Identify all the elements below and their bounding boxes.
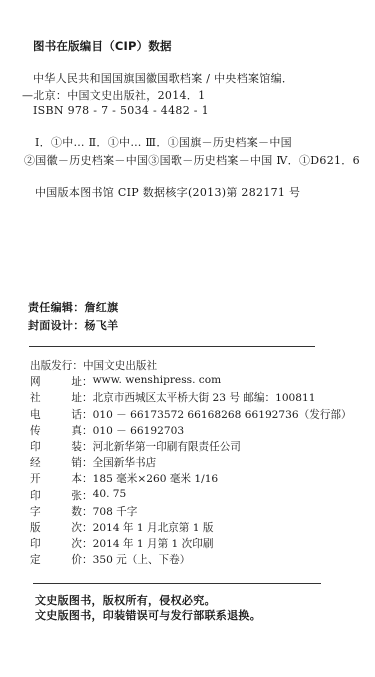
publication-row-label: 经销	[30, 455, 82, 470]
publication-row: 出版发行：中国文史出版社	[30, 358, 157, 373]
credit-cover-value: 杨飞羊	[85, 319, 119, 332]
label-colon: ：	[82, 488, 93, 503]
publication-row-value: www. wenshipress. com	[93, 374, 222, 389]
publication-row: 印次：2014 年 1 月第 1 次印刷	[30, 536, 213, 551]
publication-row-label: 印次	[30, 536, 82, 551]
publication-row-label: 社址	[30, 390, 82, 405]
label-colon: ：	[82, 374, 93, 389]
publication-row-label: 定价	[30, 552, 82, 567]
credit-editor-label: 责任编辑：	[28, 301, 85, 314]
label-char: 销	[71, 455, 82, 470]
label-char: 真	[71, 423, 82, 438]
cip-isbn-line: ISBN 978 - 7 - 5034 - 4482 - 1	[33, 104, 209, 117]
label-colon: ：	[82, 504, 93, 519]
credit-editor-value: 詹红旗	[85, 301, 119, 314]
publication-row-value: 708 千字	[93, 504, 138, 519]
publication-row-value: 350 元（上、下卷）	[93, 552, 191, 567]
copyright-notice: 文史版图书，版权所有，侵权必究。	[35, 592, 216, 608]
publication-row-value: 40. 75	[93, 488, 127, 503]
divider-top	[29, 346, 315, 347]
label-colon: ：	[72, 358, 83, 373]
label-colon: ：	[82, 552, 93, 567]
publication-row: 开本：185 毫米×260 毫米 1/16	[30, 471, 218, 486]
cip-subject-line-1: Ⅰ．①中… Ⅱ．①中… Ⅲ．①国旗－历史档案－中国	[35, 134, 292, 150]
publication-row-label: 印张	[30, 488, 82, 503]
label-colon: ：	[82, 407, 93, 422]
publication-row-label: 出版发行	[30, 358, 72, 373]
publication-row-label: 电话	[30, 407, 82, 422]
publication-row: 经销：全国新华书店	[30, 455, 156, 470]
label-char: 电	[30, 407, 41, 422]
label-text: 出版发行	[30, 360, 72, 372]
publication-row-label: 网址	[30, 374, 82, 389]
publication-row-value: 010 － 66192703	[93, 423, 184, 438]
credit-cover-label: 封面设计：	[28, 319, 85, 332]
label-char: 印	[30, 536, 41, 551]
label-char: 传	[30, 423, 41, 438]
label-char: 次	[71, 536, 82, 551]
label-char: 网	[30, 374, 41, 389]
cip-core-line: 中国版本图书馆 CIP 数据核字(2013)第 282171 号	[35, 184, 300, 200]
label-colon: ：	[82, 536, 93, 551]
publication-row-label: 开本	[30, 471, 82, 486]
credit-editor: 责任编辑：詹红旗	[28, 299, 118, 315]
publication-row-label: 版次	[30, 520, 82, 535]
publication-row-value: 2014 年 1 月第 1 次印刷	[93, 536, 214, 551]
label-char: 经	[30, 455, 41, 470]
label-char: 社	[30, 390, 41, 405]
publication-row-label: 字数	[30, 504, 82, 519]
label-char: 址	[71, 374, 82, 389]
label-char: 价	[71, 552, 82, 567]
publication-row-value: 河北新华第一印刷有限责任公司	[93, 439, 241, 454]
publication-row: 电话：010 － 66173572 66168268 66192736（发行部）	[30, 407, 352, 422]
label-colon: ：	[82, 455, 93, 470]
label-char: 印	[30, 439, 41, 454]
publication-row: 版次：2014 年 1 月北京第 1 版	[30, 520, 213, 535]
label-colon: ：	[82, 423, 93, 438]
publication-row: 定价：350 元（上、下卷）	[30, 552, 190, 567]
publication-row: 印张：40. 75	[30, 488, 126, 503]
label-char: 张	[71, 488, 82, 503]
label-char: 装	[71, 439, 82, 454]
publication-row-value: 北京市西城区太平桥大街 23 号 邮编：100811	[93, 390, 316, 405]
publication-row-value: 185 毫米×260 毫米 1/16	[93, 471, 219, 486]
label-char: 定	[30, 552, 41, 567]
cip-title-line: 中华人民共和国国旗国徽国歌档案 / 中央档案馆编．	[33, 70, 293, 86]
label-char: 址	[71, 390, 82, 405]
label-colon: ：	[82, 520, 93, 535]
label-char: 数	[71, 504, 82, 519]
label-char: 印	[30, 488, 41, 503]
credit-cover-design: 封面设计：杨飞羊	[28, 317, 118, 333]
publication-row-value: 010 － 66173572 66168268 66192736（发行部）	[93, 407, 352, 422]
label-char: 本	[71, 471, 82, 486]
publication-row: 印装：河北新华第一印刷有限责任公司	[30, 439, 241, 454]
publication-row-label: 印装	[30, 439, 82, 454]
label-colon: ：	[82, 471, 93, 486]
publication-row: 社址：北京市西城区太平桥大街 23 号 邮编：100811	[30, 390, 316, 405]
divider-bottom	[33, 583, 321, 584]
label-char: 开	[30, 471, 41, 486]
label-colon: ：	[82, 439, 93, 454]
publication-row: 网址：www. wenshipress. com	[30, 374, 221, 389]
publication-row: 传真：010 － 66192703	[30, 423, 184, 438]
publication-row-label: 传真	[30, 423, 82, 438]
publication-row-value: 全国新华书店	[93, 455, 157, 470]
cip-publisher-line: —北京：中国文史出版社，2014．1	[22, 87, 205, 103]
returns-notice: 文史版图书，印装错误可与发行部联系退换。	[35, 607, 261, 623]
label-char: 字	[30, 504, 41, 519]
label-char: 版	[30, 520, 41, 535]
label-char: 话	[71, 407, 82, 422]
label-colon: ：	[82, 390, 93, 405]
publication-row-value: 中国文史出版社	[83, 358, 157, 373]
label-char: 次	[71, 520, 82, 535]
cip-heading: 图书在版编目（CIP）数据	[33, 38, 172, 54]
publication-row: 字数：708 千字	[30, 504, 137, 519]
publication-row-value: 2014 年 1 月北京第 1 版	[93, 520, 214, 535]
cip-subject-line-2: ②国徽－历史档案－中国③国歌－历史档案－中国 Ⅳ．①D621．6	[24, 152, 360, 168]
